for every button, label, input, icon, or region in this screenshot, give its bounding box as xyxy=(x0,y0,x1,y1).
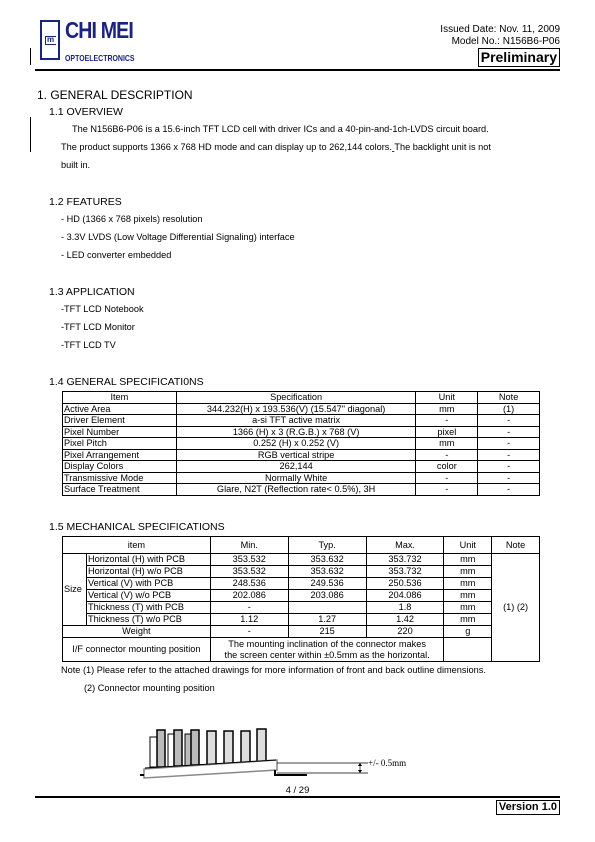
table-row: Pixel Number1366 (H) x 3 (R.G.B.) x 768 … xyxy=(63,426,540,438)
spec-note: - xyxy=(478,484,540,496)
overview-heading: 1.1 OVERVIEW xyxy=(49,106,123,118)
change-bar xyxy=(30,117,31,152)
issued-date: Issued Date: Nov. 11, 2009 xyxy=(440,24,560,36)
spec-unit: color xyxy=(416,461,478,473)
note-cell: (1) (2) xyxy=(492,554,540,662)
spec-unit: - xyxy=(416,449,478,461)
column-header: Typ. xyxy=(288,537,366,554)
empty-cell xyxy=(444,638,492,662)
column-header: Note xyxy=(492,537,540,554)
column-header: Specification xyxy=(176,392,416,404)
feature-item: - HD (1366 x 768 pixels) resolution xyxy=(61,214,202,224)
spec-note: - xyxy=(478,449,540,461)
application-item: -TFT LCD Monitor xyxy=(61,322,135,332)
spec-value: Glare, N2T (Reflection rate< 0.5%), 3H xyxy=(176,484,416,496)
dimension-name: Thickness (T) with PCB xyxy=(86,602,210,614)
min-value: 248.536 xyxy=(210,578,288,590)
spec-note: - xyxy=(478,415,540,427)
spec-value: RGB vertical stripe xyxy=(176,449,416,461)
logo-mark-icon: m xyxy=(40,20,60,60)
spec-note: (1) xyxy=(478,403,540,415)
spec-item: Active Area xyxy=(63,403,177,415)
connector-text-line: the screen center within ±0.5mm as the h… xyxy=(212,650,443,661)
page-number: 4 / 29 xyxy=(0,785,595,796)
spec-unit: mm xyxy=(416,403,478,415)
spec-value: Normally White xyxy=(176,472,416,484)
overview-line-1: The N156B6-P06 is a 15.6-inch TFT LCD ce… xyxy=(72,124,489,134)
spec-note: - xyxy=(478,461,540,473)
column-header: Item xyxy=(63,392,177,404)
table-row: Display Colors262,144color- xyxy=(63,461,540,473)
spec-item: Pixel Number xyxy=(63,426,177,438)
spec-note: - xyxy=(478,438,540,450)
general-specs-table: Item Specification Unit Note Active Area… xyxy=(62,391,540,496)
typ-value: 353.632 xyxy=(288,554,366,566)
column-header: Unit xyxy=(444,537,492,554)
table-row: Vertical (V) with PCB248.536249.536250.5… xyxy=(63,578,540,590)
spec-value: 1366 (H) x 3 (R.G.B.) x 768 (V) xyxy=(176,426,416,438)
dimension-name: Vertical (V) with PCB xyxy=(86,578,210,590)
tolerance-label: +/- 0.5mm xyxy=(368,758,406,768)
table-row: Thickness (T) with PCB-1.8mm xyxy=(63,602,540,614)
spec-item: Pixel Arrangement xyxy=(63,449,177,461)
table-row: I/F connector mounting positionThe mount… xyxy=(63,638,540,662)
max-value: 204.086 xyxy=(366,590,444,602)
unit: g xyxy=(444,626,492,638)
footer-divider xyxy=(35,796,560,798)
table-row: Driver Elementa-si TFT active matrix-- xyxy=(63,415,540,427)
column-header: Note xyxy=(478,392,540,404)
column-header: Max. xyxy=(366,537,444,554)
size-group-label: Size xyxy=(63,554,87,626)
connector-mounting-diagram: +/- 0.5mm xyxy=(140,714,420,780)
header-info: Issued Date: Nov. 11, 2009 Model No.: N1… xyxy=(440,24,560,48)
table-row: Weight-215220g xyxy=(63,626,540,638)
status-badge: Preliminary xyxy=(478,48,560,67)
dimension-name: Thickness (T) w/o PCB xyxy=(86,614,210,626)
column-header: item xyxy=(63,537,211,554)
spec-note: - xyxy=(478,472,540,484)
table-header-row: Item Specification Unit Note xyxy=(63,392,540,404)
section-title: 1. GENERAL DESCRIPTION xyxy=(37,88,193,102)
typ-value: 1.27 xyxy=(288,614,366,626)
spec-value: 344.232(H) x 193.536(V) (15.547" diagona… xyxy=(176,403,416,415)
logo-subtext: OPTOELECTRONICS xyxy=(65,53,135,63)
table-row: Transmissive ModeNormally White-- xyxy=(63,472,540,484)
unit: mm xyxy=(444,554,492,566)
connector-text-line: The mounting inclination of the connecto… xyxy=(212,639,443,650)
unit: mm xyxy=(444,566,492,578)
connector-description: The mounting inclination of the connecto… xyxy=(210,638,444,662)
column-header: Unit xyxy=(416,392,478,404)
spec-item: Display Colors xyxy=(63,461,177,473)
change-bar xyxy=(30,48,31,65)
overview-line-3: built in. xyxy=(61,160,90,170)
version-badge: Version 1.0 xyxy=(496,800,560,815)
max-value: 353.732 xyxy=(366,566,444,578)
spec-unit: - xyxy=(416,415,478,427)
spec-item: Pixel Pitch xyxy=(63,438,177,450)
max-value: 1.8 xyxy=(366,602,444,614)
model-number: Model No.: N156B6-P06 xyxy=(440,36,560,48)
dimension-name: Horizontal (H) w/o PCB xyxy=(86,566,210,578)
spec-item: Driver Element xyxy=(63,415,177,427)
typ-value: 203.086 xyxy=(288,590,366,602)
note-2: (2) Connector mounting position xyxy=(84,683,215,693)
typ-value: 249.536 xyxy=(288,578,366,590)
spec-item: Surface Treatment xyxy=(63,484,177,496)
table-row: Vertical (V) w/o PCB202.086203.086204.08… xyxy=(63,590,540,602)
table-row: Surface TreatmentGlare, N2T (Reflection … xyxy=(63,484,540,496)
application-item: -TFT LCD Notebook xyxy=(61,304,144,314)
feature-item: - 3.3V LVDS (Low Voltage Differential Si… xyxy=(61,232,295,242)
table-row: Thickness (T) w/o PCB1.121.271.42mm xyxy=(63,614,540,626)
unit: mm xyxy=(444,614,492,626)
connector-label: I/F connector mounting position xyxy=(63,638,211,662)
mechanical-specs-table: item Min. Typ. Max. Unit Note SizeHorizo… xyxy=(62,536,540,662)
table-row: Pixel ArrangementRGB vertical stripe-- xyxy=(63,449,540,461)
min-value: 353.532 xyxy=(210,554,288,566)
table-row: SizeHorizontal (H) with PCB353.532353.63… xyxy=(63,554,540,566)
max-value: 250.536 xyxy=(366,578,444,590)
mechanical-specs-heading: 1.5 MECHANICAL SPECIFICATIONS xyxy=(49,521,225,533)
typ-value: 353.632 xyxy=(288,566,366,578)
note-1: Note (1) Please refer to the attached dr… xyxy=(61,665,486,675)
column-header: Min. xyxy=(210,537,288,554)
spec-unit: mm xyxy=(416,438,478,450)
max-value: 1.42 xyxy=(366,614,444,626)
logo-text: CHI MEI xyxy=(65,17,133,44)
spec-item: Transmissive Mode xyxy=(63,472,177,484)
typ-value xyxy=(288,602,366,614)
spec-value: 0.252 (H) x 0.252 (V) xyxy=(176,438,416,450)
features-heading: 1.2 FEATURES xyxy=(49,196,122,208)
spec-value: a-si TFT active matrix xyxy=(176,415,416,427)
overview-line-2: The product supports 1366 x 768 HD mode … xyxy=(61,142,491,152)
unit: mm xyxy=(444,602,492,614)
min-value: 353.532 xyxy=(210,566,288,578)
header-divider xyxy=(35,69,560,71)
company-logo: m CHI MEI OPTOELECTRONICS xyxy=(40,20,140,64)
weight-label: Weight xyxy=(63,626,211,638)
application-item: -TFT LCD TV xyxy=(61,340,116,350)
min-value: - xyxy=(210,602,288,614)
dimension-name: Vertical (V) w/o PCB xyxy=(86,590,210,602)
min-value: 202.086 xyxy=(210,590,288,602)
spec-value: 262,144 xyxy=(176,461,416,473)
general-specs-heading: 1.4 GENERAL SPECIFICATI0NS xyxy=(49,376,204,388)
application-heading: 1.3 APPLICATION xyxy=(49,286,135,298)
table-row: Horizontal (H) w/o PCB353.532353.632353.… xyxy=(63,566,540,578)
table-header-row: item Min. Typ. Max. Unit Note xyxy=(63,537,540,554)
max-value: 353.732 xyxy=(366,554,444,566)
spec-unit: - xyxy=(416,484,478,496)
dimension-name: Horizontal (H) with PCB xyxy=(86,554,210,566)
unit: mm xyxy=(444,578,492,590)
typ-value: 215 xyxy=(288,626,366,638)
unit: mm xyxy=(444,590,492,602)
min-value: - xyxy=(210,626,288,638)
table-row: Pixel Pitch0.252 (H) x 0.252 (V)mm- xyxy=(63,438,540,450)
min-value: 1.12 xyxy=(210,614,288,626)
spec-unit: pixel xyxy=(416,426,478,438)
spec-note: - xyxy=(478,426,540,438)
max-value: 220 xyxy=(366,626,444,638)
table-row: Active Area344.232(H) x 193.536(V) (15.5… xyxy=(63,403,540,415)
spec-unit: - xyxy=(416,472,478,484)
feature-item: - LED converter embedded xyxy=(61,250,171,260)
